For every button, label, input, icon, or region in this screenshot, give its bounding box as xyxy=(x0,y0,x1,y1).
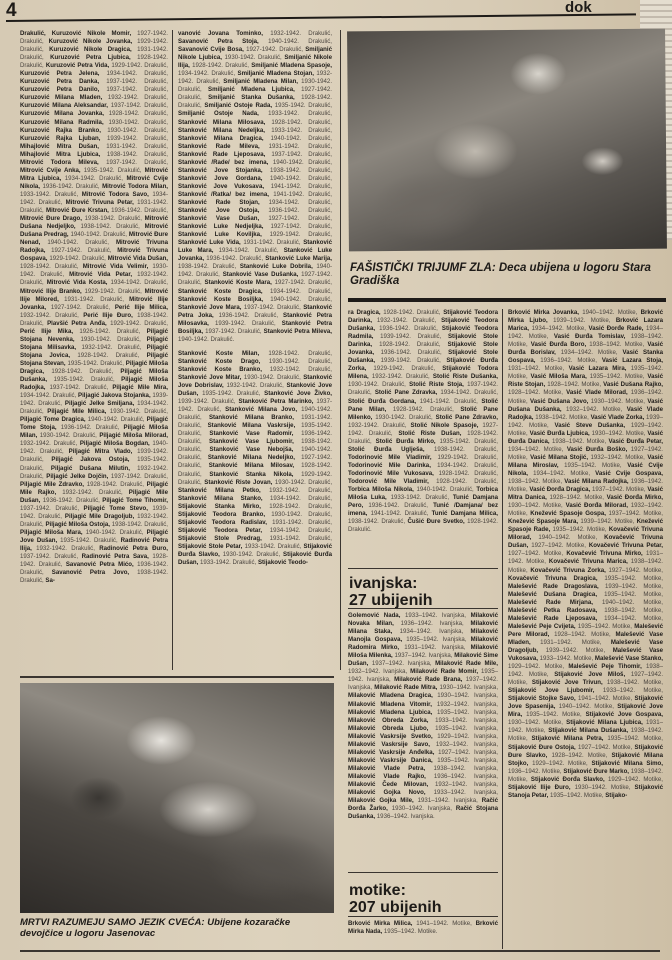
newspaper-page: 4 dok Drakulić, Kuruzović Nikole Momir, … xyxy=(0,0,672,960)
column-text: vanović Jovana Tominko, 1932-1942. Draku… xyxy=(178,30,332,344)
photo-jasenovac xyxy=(20,683,334,913)
victim-list-column-2: vanović Jovana Tominko, 1932-1942. Draku… xyxy=(178,30,332,670)
section-rule xyxy=(348,608,498,609)
column-text: Brković Mirka Jovanka, 1940–1942. Motike… xyxy=(508,309,663,800)
victim-list-column-3: ra Dragica, 1928-1942. Drakulić, Stijako… xyxy=(348,309,498,571)
victim-list-column-1: Drakulić, Kuruzović Nikole Momir, 1927-1… xyxy=(20,30,168,670)
section-headline-motike: motike: 207 ubijenih xyxy=(349,882,441,916)
headline-line-2: 27 ubijenih xyxy=(349,592,433,609)
headline-line-1: motike: xyxy=(349,882,441,899)
column-text: Golemović Nada, 1933–1942. Ivanjska, Mil… xyxy=(348,612,498,821)
headline-line-1: ivanjska: xyxy=(349,575,433,592)
victim-list-column-4: Brković Mirka Jovanka, 1940–1942. Motike… xyxy=(508,309,663,949)
photo-stara-gradiska xyxy=(347,29,667,252)
caption-bold: MRTVI RAZUMEJU SAMO JEZIK CVEĆA: xyxy=(20,917,205,928)
bottom-rule xyxy=(20,950,660,952)
photo-caption-1: FAŠISTIČKI TRIJUMF ZLA: Deca ubijena u l… xyxy=(350,262,665,288)
victim-list-motike: Brković Mirka Milica, 1941–1942. Motike,… xyxy=(348,920,498,940)
header-rule xyxy=(6,13,636,22)
headline-line-2: 207 ubijenih xyxy=(349,899,441,916)
victim-list-ivanjska: Golemović Nada, 1933–1942. Ivanjska, Mil… xyxy=(348,612,498,862)
section-rule xyxy=(348,916,498,917)
section-rule xyxy=(348,872,498,873)
column-divider xyxy=(502,309,503,949)
caption-rule xyxy=(348,298,666,302)
page-number: 4 xyxy=(6,0,17,22)
column-text: Drakulić, Kuruzović Nikole Momir, 1927-1… xyxy=(20,30,168,585)
column-divider xyxy=(172,30,173,670)
column-divider xyxy=(340,30,341,670)
column-text: Brković Mirka Milica, 1941–1942. Motike,… xyxy=(348,920,498,936)
photo-rule xyxy=(20,676,334,678)
caption-bold: FAŠISTIČKI TRIJUMF ZLA: xyxy=(350,262,496,274)
section-rule xyxy=(348,568,498,569)
photo-caption-2: MRTVI RAZUMEJU SAMO JEZIK CVEĆA: Ubijene… xyxy=(20,917,330,939)
section-headline-ivanjska: ivanjska: 27 ubijenih xyxy=(349,575,433,609)
column-text: ra Dragica, 1928-1942. Drakulić, Stijako… xyxy=(348,309,498,534)
column-text-continued: Stanković Koste Milan, 1928-1942. Drakul… xyxy=(178,350,332,567)
